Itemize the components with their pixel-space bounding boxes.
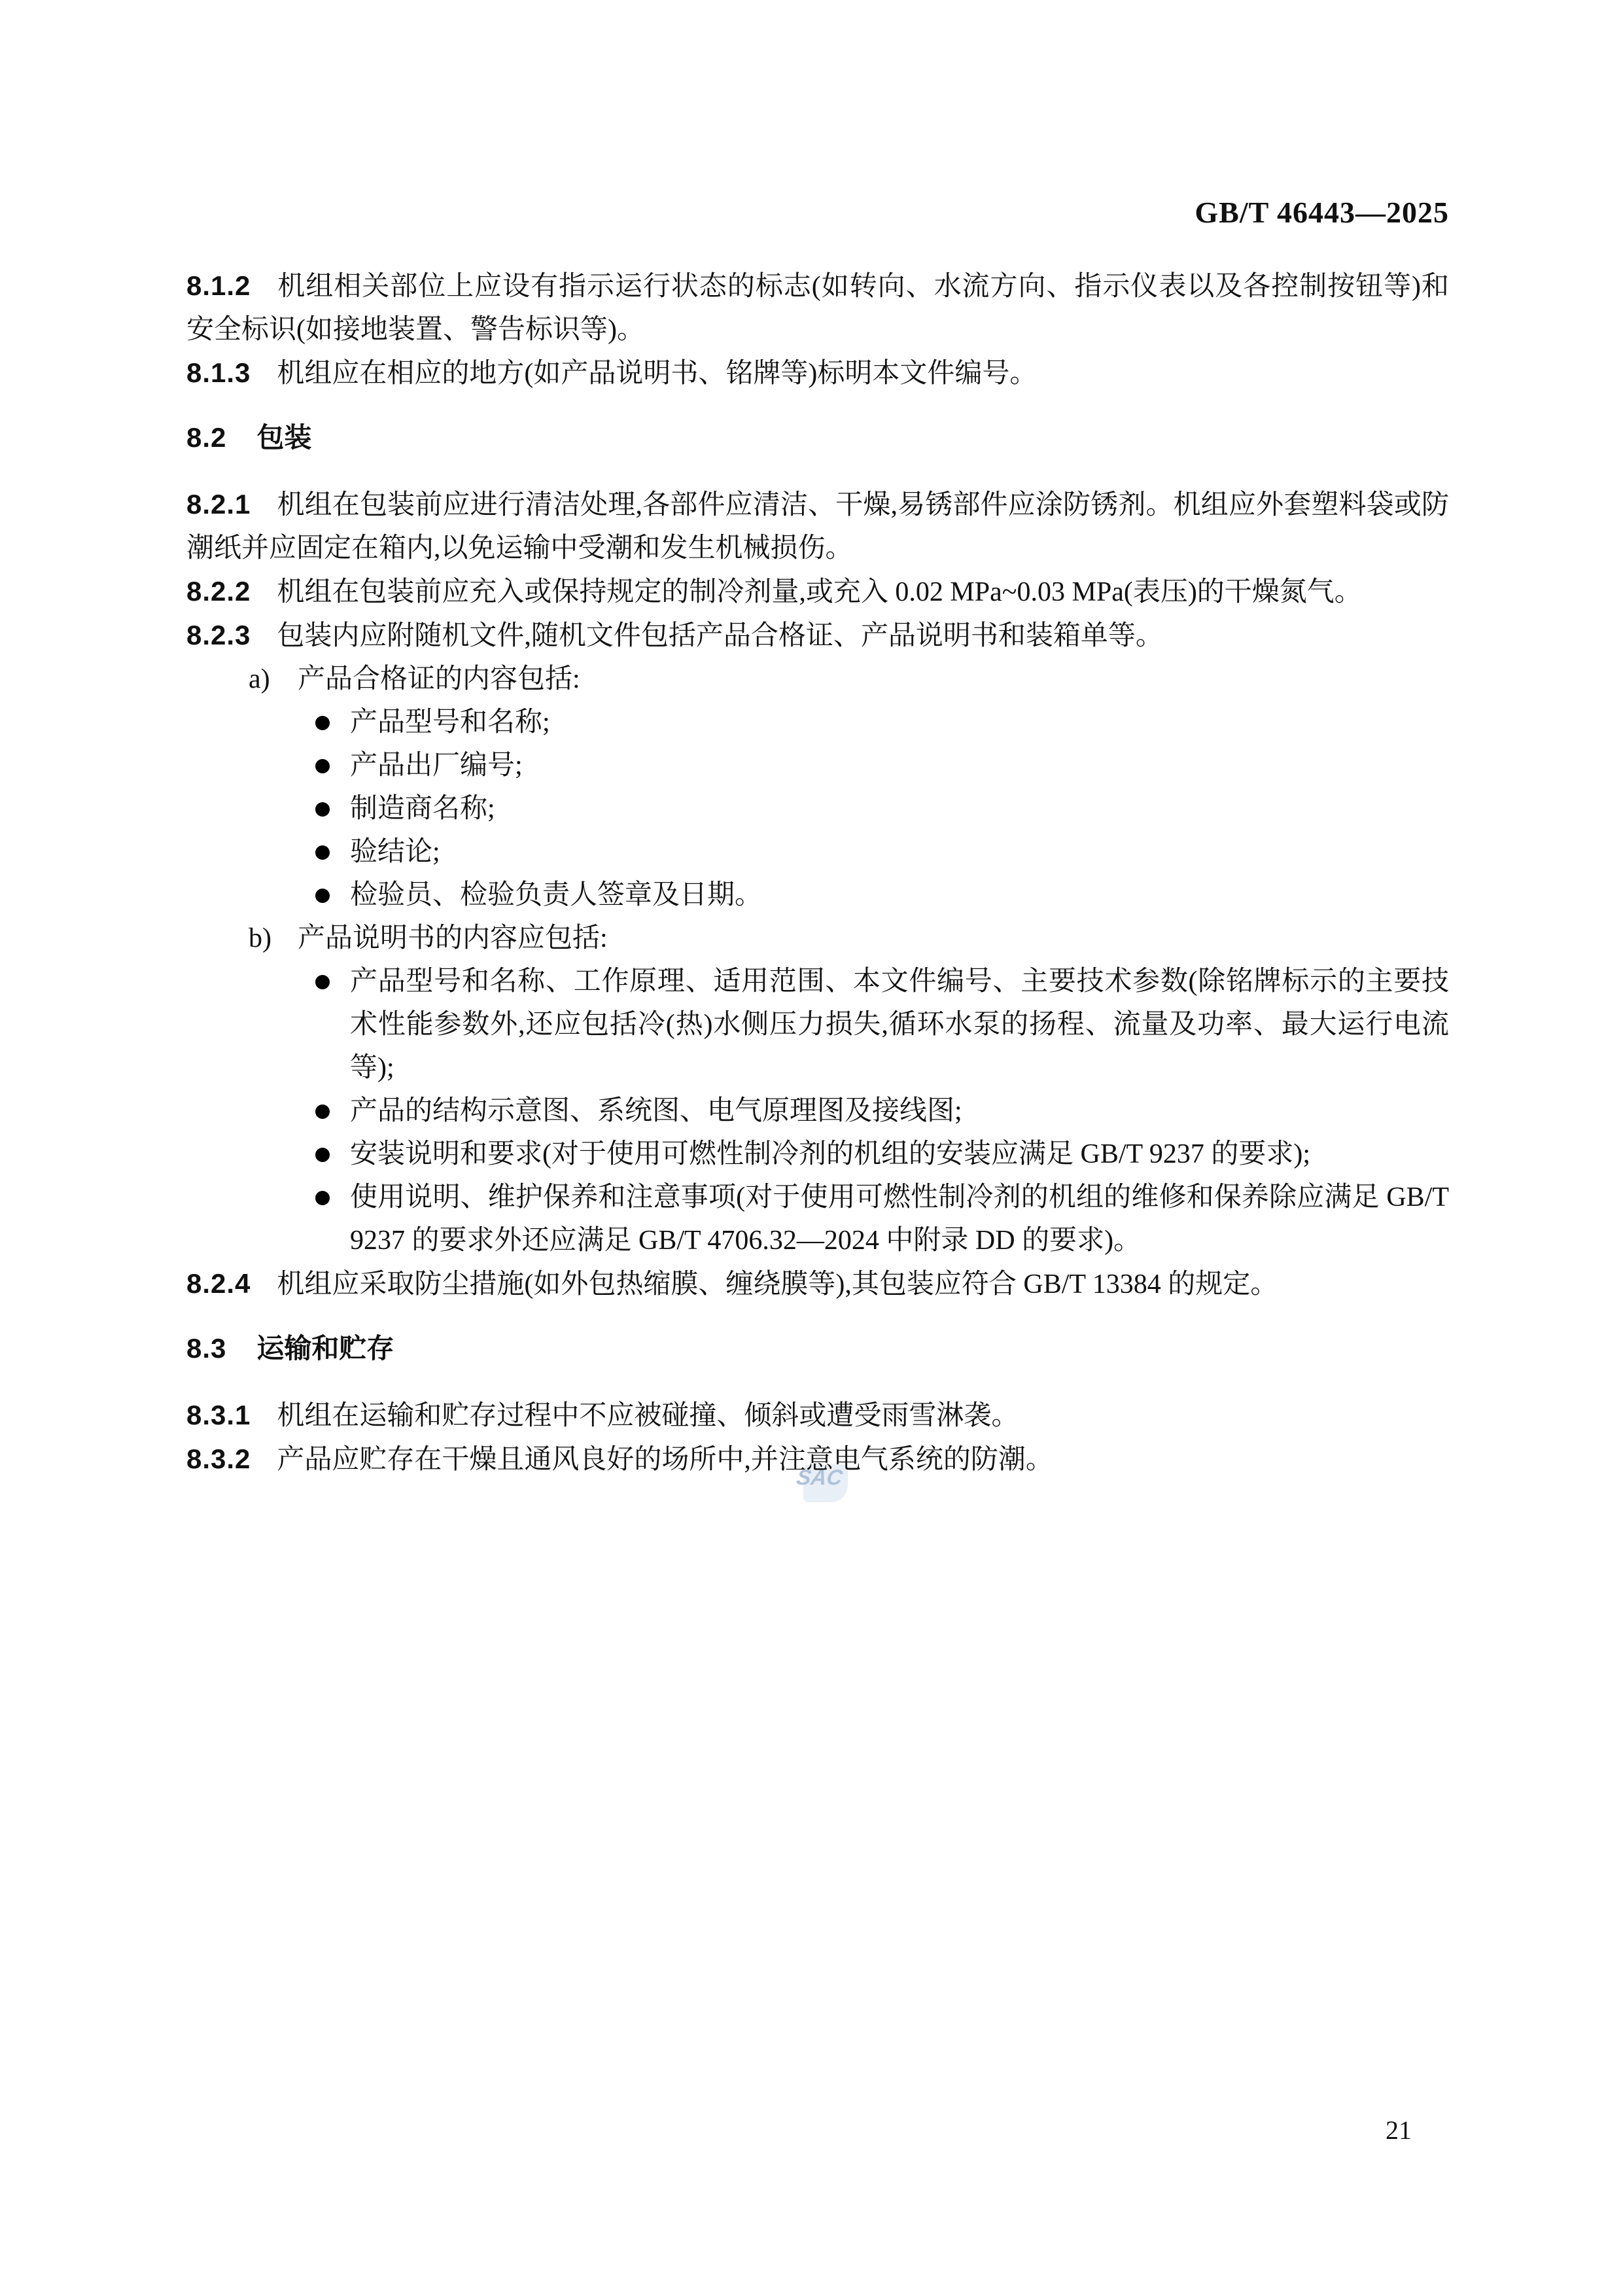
alpha-list-label: b) xyxy=(249,917,298,960)
clause-text: 机组在包装前应进行清洁处理,各部件应清洁、干燥,易锈部件应涂防锈剂。机组应外套塑… xyxy=(186,490,1449,563)
clause-text: 机组相关部位上应设有指示运行状态的标志(如转向、水流方向、指示仪表以及各控制按钮… xyxy=(186,272,1449,345)
clause-number: 8.1.2 xyxy=(186,270,251,301)
list-item-bullet: 安装说明和要求(对于使用可燃性制冷剂的机组的安装应满足 GB/T 9237 的要… xyxy=(186,1133,1449,1176)
clause-paragraph: 8.1.3机组应在相应的地方(如产品说明书、铭牌等)标明本文件编号。 xyxy=(186,351,1449,395)
bullet-icon xyxy=(315,889,330,903)
clause-number: 8.3.2 xyxy=(186,1443,251,1474)
bullet-icon xyxy=(315,1148,330,1162)
clause-text: 包装内应附随机文件,随机文件包括产品合格证、产品说明书和装箱单等。 xyxy=(277,621,1163,651)
clause-text: 机组应采取防尘措施(如外包热缩膜、缠绕膜等),其包装应符合 GB/T 13384… xyxy=(277,1269,1278,1299)
clause-number: 8.2.2 xyxy=(186,576,251,607)
section-title: 包装 xyxy=(256,422,311,453)
list-item-bullet: 验结论; xyxy=(186,830,1449,874)
list-item-bullet: 产品型号和名称、工作原理、适用范围、本文件编号、主要技术参数(除铭牌标示的主要技… xyxy=(186,960,1449,1089)
bullet-list-text: 产品出厂编号; xyxy=(350,751,523,781)
list-item-bullet: 产品的结构示意图、系统图、电气原理图及接线图; xyxy=(186,1089,1449,1133)
bullet-list-text: 产品型号和名称; xyxy=(350,707,550,737)
bullet-list-text: 使用说明、维护保养和注意事项(对于使用可燃性制冷剂的机组的维修和保养除应满足 G… xyxy=(350,1182,1449,1256)
section-title: 运输和贮存 xyxy=(256,1333,394,1364)
clause-paragraph: 8.3.1机组在运输和贮存过程中不应被碰撞、倾斜或遭受雨雪淋袭。 xyxy=(186,1394,1449,1438)
clause-number: 8.2.1 xyxy=(186,489,251,520)
clause-paragraph: 8.2.2机组在包装前应充入或保持规定的制冷剂量,或充入 0.02 MPa~0.… xyxy=(186,570,1449,614)
clause-text: 机组在运输和贮存过程中不应被碰撞、倾斜或遭受雨雪淋袭。 xyxy=(277,1401,1019,1431)
list-item-bullet: 产品型号和名称; xyxy=(186,701,1449,744)
clause-number: 8.1.3 xyxy=(186,357,251,388)
section-number: 8.2 xyxy=(186,422,226,453)
bullet-icon xyxy=(315,1191,330,1205)
alpha-list-text: 产品说明书的内容应包括: xyxy=(298,923,608,953)
list-item-bullet: 产品出厂编号; xyxy=(186,744,1449,787)
bullet-list-text: 检验员、检验负责人签章及日期。 xyxy=(350,880,762,910)
document-page: GB/T 46443—2025 8.1.2机组相关部位上应设有指示运行状态的标志… xyxy=(0,0,1623,2296)
clause-number: 8.3.1 xyxy=(186,1400,251,1430)
bullet-icon xyxy=(315,845,330,860)
page-number: 21 xyxy=(1386,2115,1412,2146)
document-body: 8.1.2机组相关部位上应设有指示运行状态的标志(如转向、水流方向、指示仪表以及… xyxy=(186,264,1449,1481)
standard-code-header: GB/T 46443—2025 xyxy=(1195,195,1449,230)
clause-number: 8.2.4 xyxy=(186,1268,251,1299)
section-number: 8.3 xyxy=(186,1333,226,1364)
bullet-icon xyxy=(315,759,330,773)
bullet-icon xyxy=(315,716,330,730)
list-item-alpha: b)产品说明书的内容应包括: xyxy=(186,917,1449,960)
list-item-bullet: 使用说明、维护保养和注意事项(对于使用可燃性制冷剂的机组的维修和保养除应满足 G… xyxy=(186,1176,1449,1262)
clause-paragraph: 8.2.1机组在包装前应进行清洁处理,各部件应清洁、干燥,易锈部件应涂防锈剂。机… xyxy=(186,483,1449,570)
bullet-icon xyxy=(315,802,330,817)
alpha-list-label: a) xyxy=(249,658,298,701)
clause-text: 产品应贮存在干燥且通风良好的场所中,并注意电气系统的防潮。 xyxy=(277,1445,1053,1475)
bullet-list-text: 产品型号和名称、工作原理、适用范围、本文件编号、主要技术参数(除铭牌标示的主要技… xyxy=(350,966,1449,1083)
bullet-list-text: 产品的结构示意图、系统图、电气原理图及接线图; xyxy=(350,1096,962,1126)
bullet-list-text: 制造商名称; xyxy=(350,794,495,824)
clause-text: 机组应在相应的地方(如产品说明书、铭牌等)标明本文件编号。 xyxy=(277,359,1037,389)
list-item-bullet: 制造商名称; xyxy=(186,787,1449,830)
clause-text: 机组在包装前应充入或保持规定的制冷剂量,或充入 0.02 MPa~0.03 MP… xyxy=(277,577,1361,607)
clause-paragraph: 8.3.2产品应贮存在干燥且通风良好的场所中,并注意电气系统的防潮。 xyxy=(186,1438,1449,1481)
clause-paragraph: 8.2.3包装内应附随机文件,随机文件包括产品合格证、产品说明书和装箱单等。 xyxy=(186,614,1449,658)
section-heading: 8.2包装 xyxy=(186,416,1449,459)
alpha-list-text: 产品合格证的内容包括: xyxy=(298,664,580,694)
bullet-icon xyxy=(315,1104,330,1119)
clause-number: 8.2.3 xyxy=(186,620,251,650)
clause-paragraph: 8.2.4机组应采取防尘措施(如外包热缩膜、缠绕膜等),其包装应符合 GB/T … xyxy=(186,1262,1449,1306)
clause-paragraph: 8.1.2机组相关部位上应设有指示运行状态的标志(如转向、水流方向、指示仪表以及… xyxy=(186,264,1449,351)
section-heading: 8.3运输和贮存 xyxy=(186,1327,1449,1370)
list-item-bullet: 检验员、检验负责人签章及日期。 xyxy=(186,874,1449,917)
bullet-list-text: 验结论; xyxy=(350,837,440,867)
bullet-list-text: 安装说明和要求(对于使用可燃性制冷剂的机组的安装应满足 GB/T 9237 的要… xyxy=(350,1139,1310,1169)
list-item-alpha: a)产品合格证的内容包括: xyxy=(186,658,1449,701)
bullet-icon xyxy=(315,975,330,989)
